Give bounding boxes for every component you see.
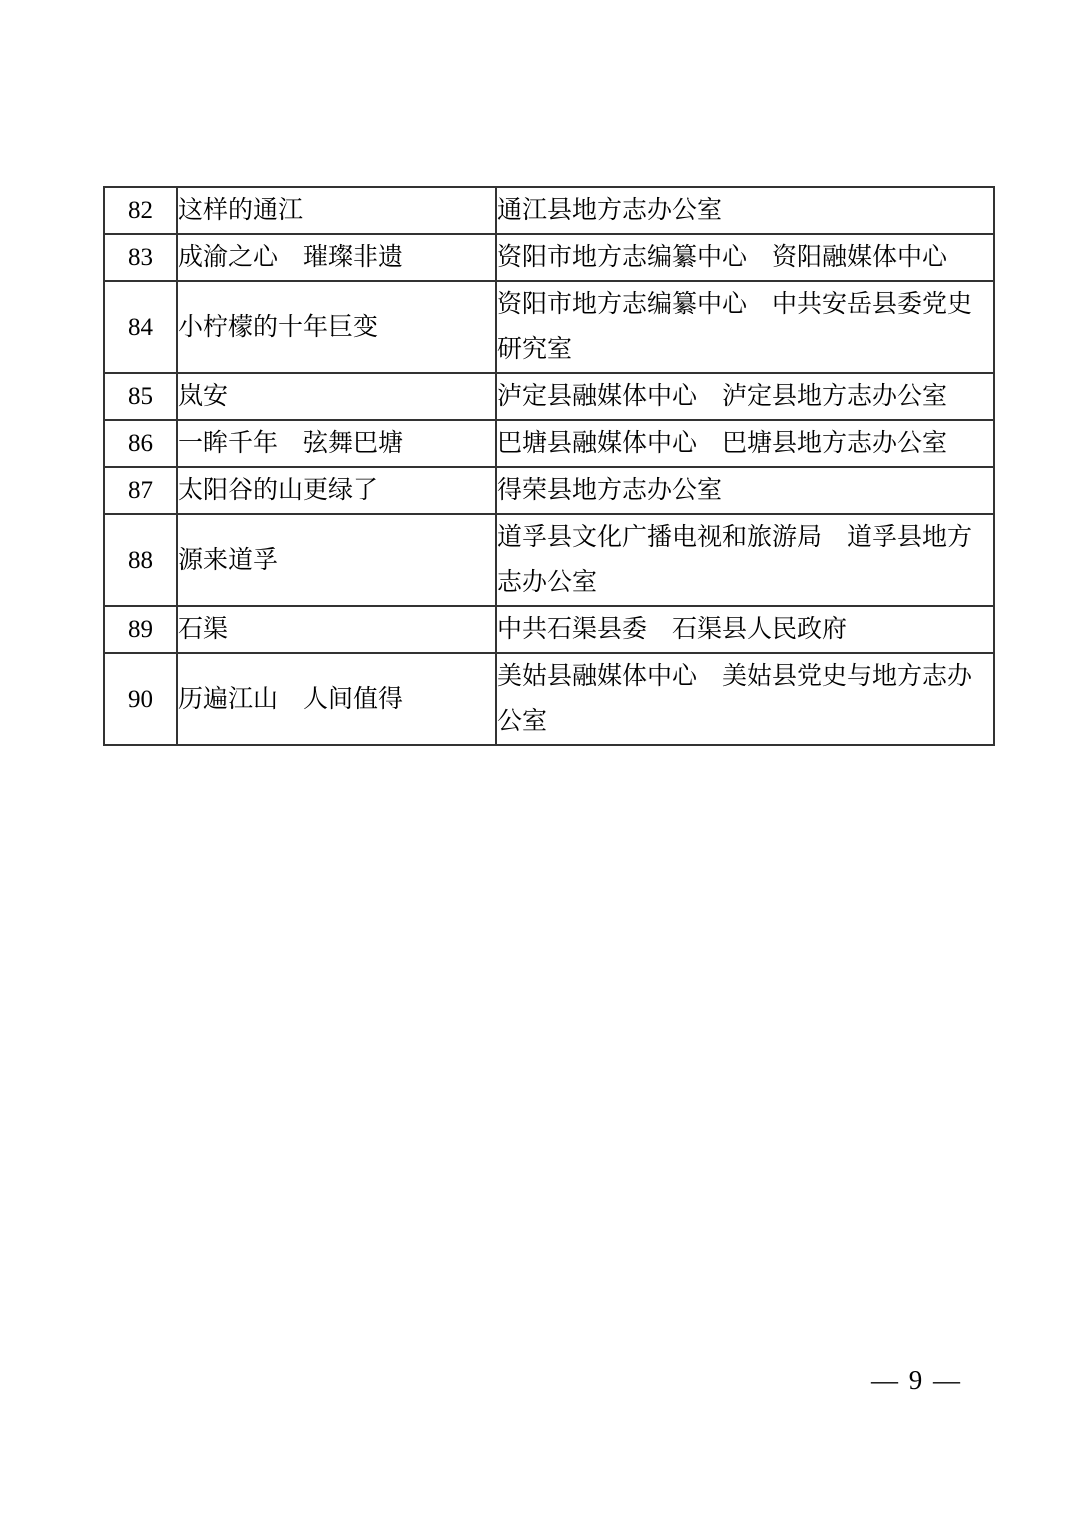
work-title: 岚安 — [177, 373, 496, 420]
producing-org: 得荣县地方志办公室 — [496, 467, 994, 514]
row-number: 83 — [104, 234, 177, 281]
row-number: 90 — [104, 653, 177, 745]
awards-table: 82 这样的通江 通江县地方志办公室 83 成渝之心 璀璨非遗 资阳市地方志编纂… — [103, 186, 995, 746]
table-row: 86 一眸千年 弦舞巴塘 巴塘县融媒体中心 巴塘县地方志办公室 — [104, 420, 994, 467]
producing-org: 泸定县融媒体中心 泸定县地方志办公室 — [496, 373, 994, 420]
producing-org: 资阳市地方志编纂中心 资阳融媒体中心 — [496, 234, 994, 281]
work-title: 石渠 — [177, 606, 496, 653]
work-title: 小柠檬的十年巨变 — [177, 281, 496, 373]
producing-org: 中共石渠县委 石渠县人民政府 — [496, 606, 994, 653]
work-title: 太阳谷的山更绿了 — [177, 467, 496, 514]
producing-org: 巴塘县融媒体中心 巴塘县地方志办公室 — [496, 420, 994, 467]
work-title: 这样的通江 — [177, 187, 496, 234]
table-row: 85 岚安 泸定县融媒体中心 泸定县地方志办公室 — [104, 373, 994, 420]
row-number: 87 — [104, 467, 177, 514]
row-number: 85 — [104, 373, 177, 420]
producing-org: 资阳市地方志编纂中心 中共安岳县委党史研究室 — [496, 281, 994, 373]
table-row: 87 太阳谷的山更绿了 得荣县地方志办公室 — [104, 467, 994, 514]
table-row: 88 源来道孚 道孚县文化广播电视和旅游局 道孚县地方志办公室 — [104, 514, 994, 606]
work-title: 历遍江山 人间值得 — [177, 653, 496, 745]
table-row: 84 小柠檬的十年巨变 资阳市地方志编纂中心 中共安岳县委党史研究室 — [104, 281, 994, 373]
table-row: 83 成渝之心 璀璨非遗 资阳市地方志编纂中心 资阳融媒体中心 — [104, 234, 994, 281]
work-title: 一眸千年 弦舞巴塘 — [177, 420, 496, 467]
row-number: 89 — [104, 606, 177, 653]
producing-org: 通江县地方志办公室 — [496, 187, 994, 234]
table-row: 82 这样的通江 通江县地方志办公室 — [104, 187, 994, 234]
table-row: 90 历遍江山 人间值得 美姑县融媒体中心 美姑县党史与地方志办公室 — [104, 653, 994, 745]
table-row: 89 石渠 中共石渠县委 石渠县人民政府 — [104, 606, 994, 653]
producing-org: 美姑县融媒体中心 美姑县党史与地方志办公室 — [496, 653, 994, 745]
producing-org: 道孚县文化广播电视和旅游局 道孚县地方志办公室 — [496, 514, 994, 606]
page-number: — 9 — — [871, 1364, 962, 1396]
row-number: 86 — [104, 420, 177, 467]
work-title: 源来道孚 — [177, 514, 496, 606]
row-number: 84 — [104, 281, 177, 373]
row-number: 82 — [104, 187, 177, 234]
row-number: 88 — [104, 514, 177, 606]
work-title: 成渝之心 璀璨非遗 — [177, 234, 496, 281]
document-page: 82 这样的通江 通江县地方志办公室 83 成渝之心 璀璨非遗 资阳市地方志编纂… — [0, 0, 1080, 1527]
